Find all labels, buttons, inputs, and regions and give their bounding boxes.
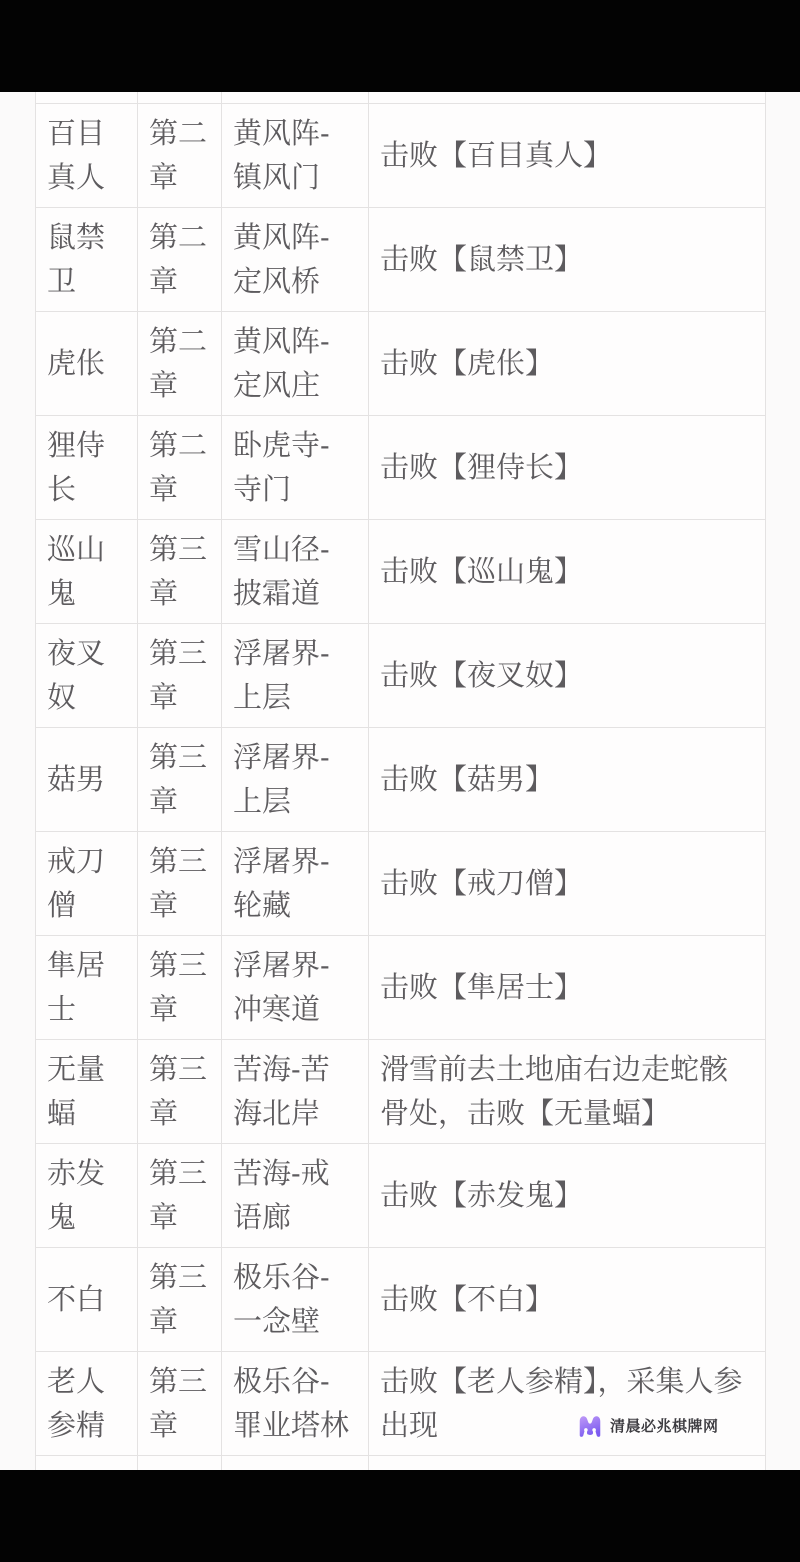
location-cell: 浮屠界-冲寒道 bbox=[222, 936, 369, 1040]
chapter-cell: 第三章 bbox=[138, 520, 222, 624]
bottom-letterbox-bar bbox=[0, 1470, 800, 1562]
method-cell: 击败【巡山鬼】 bbox=[369, 520, 766, 624]
chapter-cell: 第三章 bbox=[138, 728, 222, 832]
table-cell bbox=[222, 92, 369, 104]
chapter-cell: 第三章 bbox=[138, 1144, 222, 1248]
chapter-cell: 第三章 bbox=[138, 1248, 222, 1352]
table-row: 戒刀僧 第三章 浮屠界-轮藏 击败【戒刀僧】 bbox=[36, 832, 766, 936]
site-watermark: 清晨必兆棋牌网 bbox=[576, 1411, 719, 1439]
location-cell: 极乐谷-罪业塔林 bbox=[222, 1352, 369, 1456]
table-row: 巡山鬼 第三章 雪山径-披霜道 击败【巡山鬼】 bbox=[36, 520, 766, 624]
table-row: 狸侍长 第二章 卧虎寺-寺门 击败【狸侍长】 bbox=[36, 416, 766, 520]
table-row: 夜叉奴 第三章 浮屠界-上层 击败【夜叉奴】 bbox=[36, 624, 766, 728]
method-cell: 击败【鼠禁卫】 bbox=[369, 208, 766, 312]
method-cell: 击败【虎伥】 bbox=[369, 312, 766, 416]
table-cell bbox=[369, 92, 766, 104]
method-cell: 击败【老人参精】，采集人参出现 bbox=[369, 1352, 766, 1456]
boss-name-cell: 百目真人 bbox=[36, 104, 138, 208]
table-cell bbox=[138, 1456, 222, 1471]
table-row-partial-bottom bbox=[36, 1456, 766, 1471]
purple-m-mascot-icon bbox=[576, 1411, 604, 1439]
table-row: 菇男 第三章 浮屠界-上层 击败【菇男】 bbox=[36, 728, 766, 832]
location-cell: 苦海-戒语廊 bbox=[222, 1144, 369, 1248]
table-cell bbox=[222, 1456, 369, 1471]
location-cell: 极乐谷-一念壁 bbox=[222, 1248, 369, 1352]
location-cell: 黄风阵-定风庄 bbox=[222, 312, 369, 416]
boss-name-cell: 隼居士 bbox=[36, 936, 138, 1040]
table-cell bbox=[138, 92, 222, 104]
method-cell: 击败【不白】 bbox=[369, 1248, 766, 1352]
table-row: 赤发鬼 第三章 苦海-戒语廊 击败【赤发鬼】 bbox=[36, 1144, 766, 1248]
method-cell: 击败【菇男】 bbox=[369, 728, 766, 832]
table-row: 隼居士 第三章 浮屠界-冲寒道 击败【隼居士】 bbox=[36, 936, 766, 1040]
chapter-cell: 第二章 bbox=[138, 312, 222, 416]
chapter-cell: 第三章 bbox=[138, 624, 222, 728]
table-row: 百目真人 第二章 黄风阵-镇风门 击败【百目真人】 bbox=[36, 104, 766, 208]
location-cell: 浮屠界-上层 bbox=[222, 624, 369, 728]
method-cell: 击败【狸侍长】 bbox=[369, 416, 766, 520]
table-cell bbox=[36, 92, 138, 104]
boss-name-cell: 狸侍长 bbox=[36, 416, 138, 520]
location-cell: 黄风阵-镇风门 bbox=[222, 104, 369, 208]
chapter-cell: 第二章 bbox=[138, 208, 222, 312]
chapter-cell: 第二章 bbox=[138, 416, 222, 520]
location-cell: 卧虎寺-寺门 bbox=[222, 416, 369, 520]
top-letterbox-bar bbox=[0, 0, 800, 92]
boss-name-cell: 虎伥 bbox=[36, 312, 138, 416]
boss-name-cell: 鼠禁卫 bbox=[36, 208, 138, 312]
boss-name-cell: 不白 bbox=[36, 1248, 138, 1352]
table-cell bbox=[36, 1456, 138, 1471]
chapter-cell: 第二章 bbox=[138, 104, 222, 208]
page-content: 百目真人 第二章 黄风阵-镇风门 击败【百目真人】 鼠禁卫 第二章 黄风阵-定风… bbox=[0, 92, 800, 1470]
chapter-cell: 第三章 bbox=[138, 1040, 222, 1144]
location-cell: 浮屠界-轮藏 bbox=[222, 832, 369, 936]
boss-name-cell: 老人参精 bbox=[36, 1352, 138, 1456]
location-cell: 黄风阵-定风桥 bbox=[222, 208, 369, 312]
table-row: 虎伥 第二章 黄风阵-定风庄 击败【虎伥】 bbox=[36, 312, 766, 416]
chapter-cell: 第三章 bbox=[138, 832, 222, 936]
table-row: 老人参精 第三章 极乐谷-罪业塔林 击败【老人参精】，采集人参出现 bbox=[36, 1352, 766, 1456]
table-row: 不白 第三章 极乐谷-一念壁 击败【不白】 bbox=[36, 1248, 766, 1352]
chapter-cell: 第三章 bbox=[138, 936, 222, 1040]
watermark-text: 清晨必兆棋牌网 bbox=[610, 1415, 719, 1436]
table-row: 鼠禁卫 第二章 黄风阵-定风桥 击败【鼠禁卫】 bbox=[36, 208, 766, 312]
location-cell: 苦海-苦海北岸 bbox=[222, 1040, 369, 1144]
method-cell: 击败【隼居士】 bbox=[369, 936, 766, 1040]
boss-guide-table: 百目真人 第二章 黄风阵-镇风门 击败【百目真人】 鼠禁卫 第二章 黄风阵-定风… bbox=[35, 92, 766, 1470]
location-cell: 雪山径-披霜道 bbox=[222, 520, 369, 624]
method-cell: 滑雪前去土地庙右边走蛇骸骨处，击败【无量蝠】 bbox=[369, 1040, 766, 1144]
boss-name-cell: 无量蝠 bbox=[36, 1040, 138, 1144]
boss-name-cell: 夜叉奴 bbox=[36, 624, 138, 728]
method-cell: 击败【百目真人】 bbox=[369, 104, 766, 208]
boss-name-cell: 赤发鬼 bbox=[36, 1144, 138, 1248]
table-cell bbox=[369, 1456, 766, 1471]
location-cell: 浮屠界-上层 bbox=[222, 728, 369, 832]
method-cell: 击败【戒刀僧】 bbox=[369, 832, 766, 936]
table-row-partial-top bbox=[36, 92, 766, 104]
boss-name-cell: 菇男 bbox=[36, 728, 138, 832]
method-cell: 击败【夜叉奴】 bbox=[369, 624, 766, 728]
chapter-cell: 第三章 bbox=[138, 1352, 222, 1456]
table-row: 无量蝠 第三章 苦海-苦海北岸 滑雪前去土地庙右边走蛇骸骨处，击败【无量蝠】 bbox=[36, 1040, 766, 1144]
method-cell: 击败【赤发鬼】 bbox=[369, 1144, 766, 1248]
boss-name-cell: 巡山鬼 bbox=[36, 520, 138, 624]
boss-name-cell: 戒刀僧 bbox=[36, 832, 138, 936]
